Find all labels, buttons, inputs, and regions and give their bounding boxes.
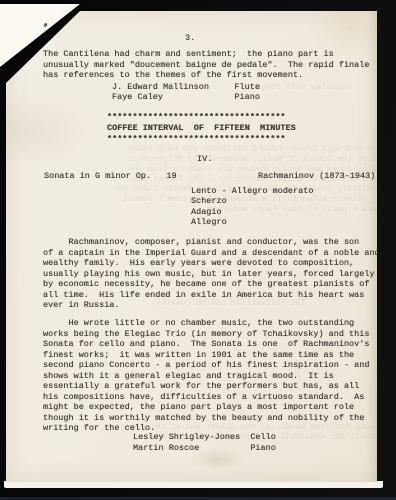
- page-number: 3.: [185, 33, 195, 44]
- bleedthrough-folk-songs: Yugoslav Folk Songs: [256, 83, 351, 93]
- cantilena-review-paragraph: The Cantilena had charm and sentiment; t…: [43, 49, 369, 81]
- work-title: Sonata in G minor Op. 19: [44, 171, 177, 182]
- cello-duo-performers: Lesley Shrigley-Jones Cello Martin Rosco…: [133, 432, 276, 453]
- page-under-edge: [4, 481, 383, 488]
- interval-stars-top: ***********************************: [107, 112, 286, 123]
- composer-dates: Rachmaninov (1873-1943): [258, 171, 375, 182]
- interval-heading: COFFEE INTERVAL OF FIFTEEN MINUTES: [107, 123, 296, 134]
- photo-frame: Yugoslav Folk Songs centres. The Madriga…: [0, 0, 396, 500]
- biography-paragraph: Rachmaninov, composer, pianist and condu…: [43, 237, 380, 311]
- flute-duo-performers: J. Edward Mallinson Flute Faye Caley Pia…: [112, 82, 260, 102]
- ink-speck: [43, 23, 47, 28]
- program-page: Yugoslav Folk Songs centres. The Madriga…: [6, 11, 377, 482]
- sonata-description-paragraph: He wrote little or no chamber music, the…: [43, 318, 369, 434]
- movements-list: Lento - Allegro moderato Scherzo Adagio …: [191, 186, 313, 228]
- work-number: IV.: [197, 154, 212, 165]
- interval-stars-bottom: ***********************************: [107, 134, 286, 145]
